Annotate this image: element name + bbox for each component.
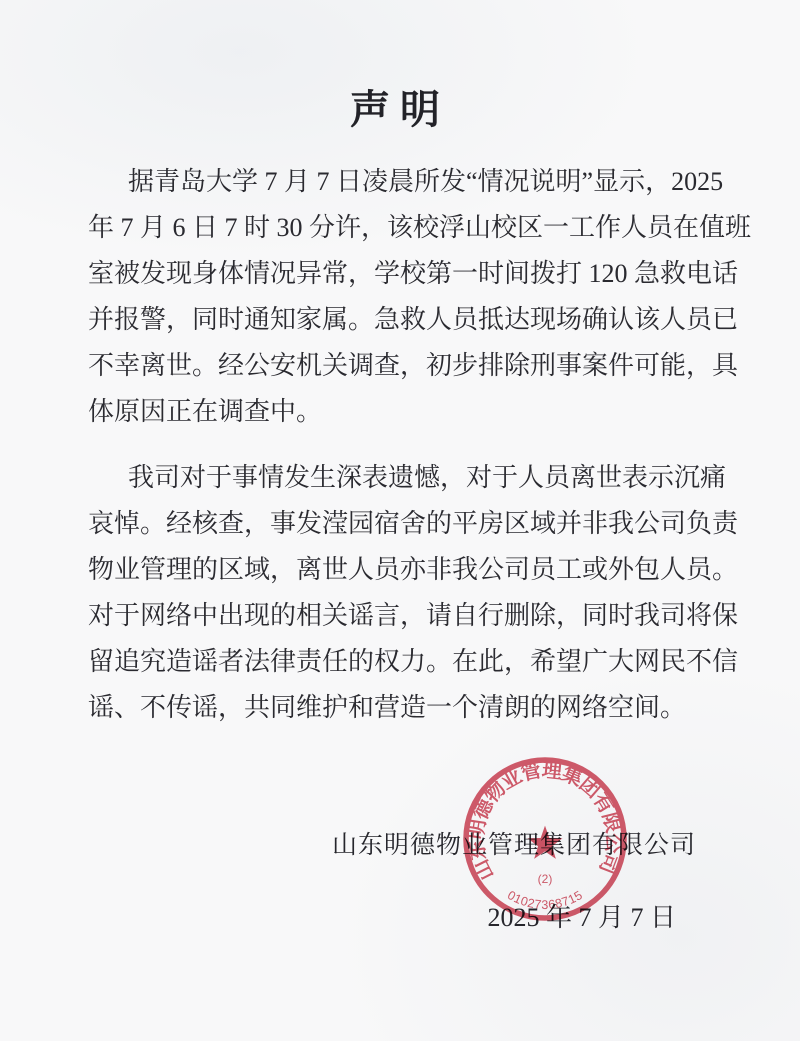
body-line: 哀悼。经核查，事发滢园宿舍的平房区域并非我公司负责: [88, 501, 712, 547]
signature-block: 山东明德物业管理集团有限公司 2025 年 7 月 7 日: [0, 829, 800, 935]
body-line: 室被发现身体情况异常，学校第一时间拨打 120 急救电话: [88, 251, 712, 297]
company-signature: 山东明德物业管理集团有限公司: [88, 829, 696, 863]
statement-document: 声明 据青岛大学 7 月 7 日凌晨所发“情况说明”显示，2025年 7 月 6…: [0, 0, 800, 1041]
body-line: 不幸离世。经公安机关调查，初步排除刑事案件可能，具: [88, 343, 712, 389]
body-line: 据青岛大学 7 月 7 日凌晨所发“情况说明”显示，2025: [88, 159, 712, 205]
paragraph-company-response: 我司对于事情发生深表遗憾，对于人员离世表示沉痛哀悼。经核查，事发滢园宿舍的平房区…: [88, 455, 712, 731]
body-line: 留追究造谣者法律责任的权力。在此，希望广大网民不信: [88, 639, 712, 685]
paragraph-incident: 据青岛大学 7 月 7 日凌晨所发“情况说明”显示，2025年 7 月 6 日 …: [88, 159, 712, 435]
body-line: 并报警，同时通知家属。急救人员抵达现场确认该人员已: [88, 297, 712, 343]
body-line: 谣、不传谣，共同维护和营造一个清朗的网络空间。: [88, 685, 712, 731]
body-line: 对于网络中出现的相关谣言，请自行删除，同时我司将保: [88, 593, 712, 639]
body-line: 体原因正在调查中。: [88, 389, 712, 435]
body-line: 我司对于事情发生深表遗憾，对于人员离世表示沉痛: [88, 455, 712, 501]
body-line: 物业管理的区域，离世人员亦非我公司员工或外包人员。: [88, 547, 712, 593]
document-title: 声明: [0, 0, 800, 135]
document-body: 据青岛大学 7 月 7 日凌晨所发“情况说明”显示，2025年 7 月 6 日 …: [0, 159, 800, 731]
document-date: 2025 年 7 月 7 日: [88, 901, 676, 935]
body-line: 年 7 月 6 日 7 时 30 分许，该校浮山校区一工作人员在值班: [88, 205, 712, 251]
